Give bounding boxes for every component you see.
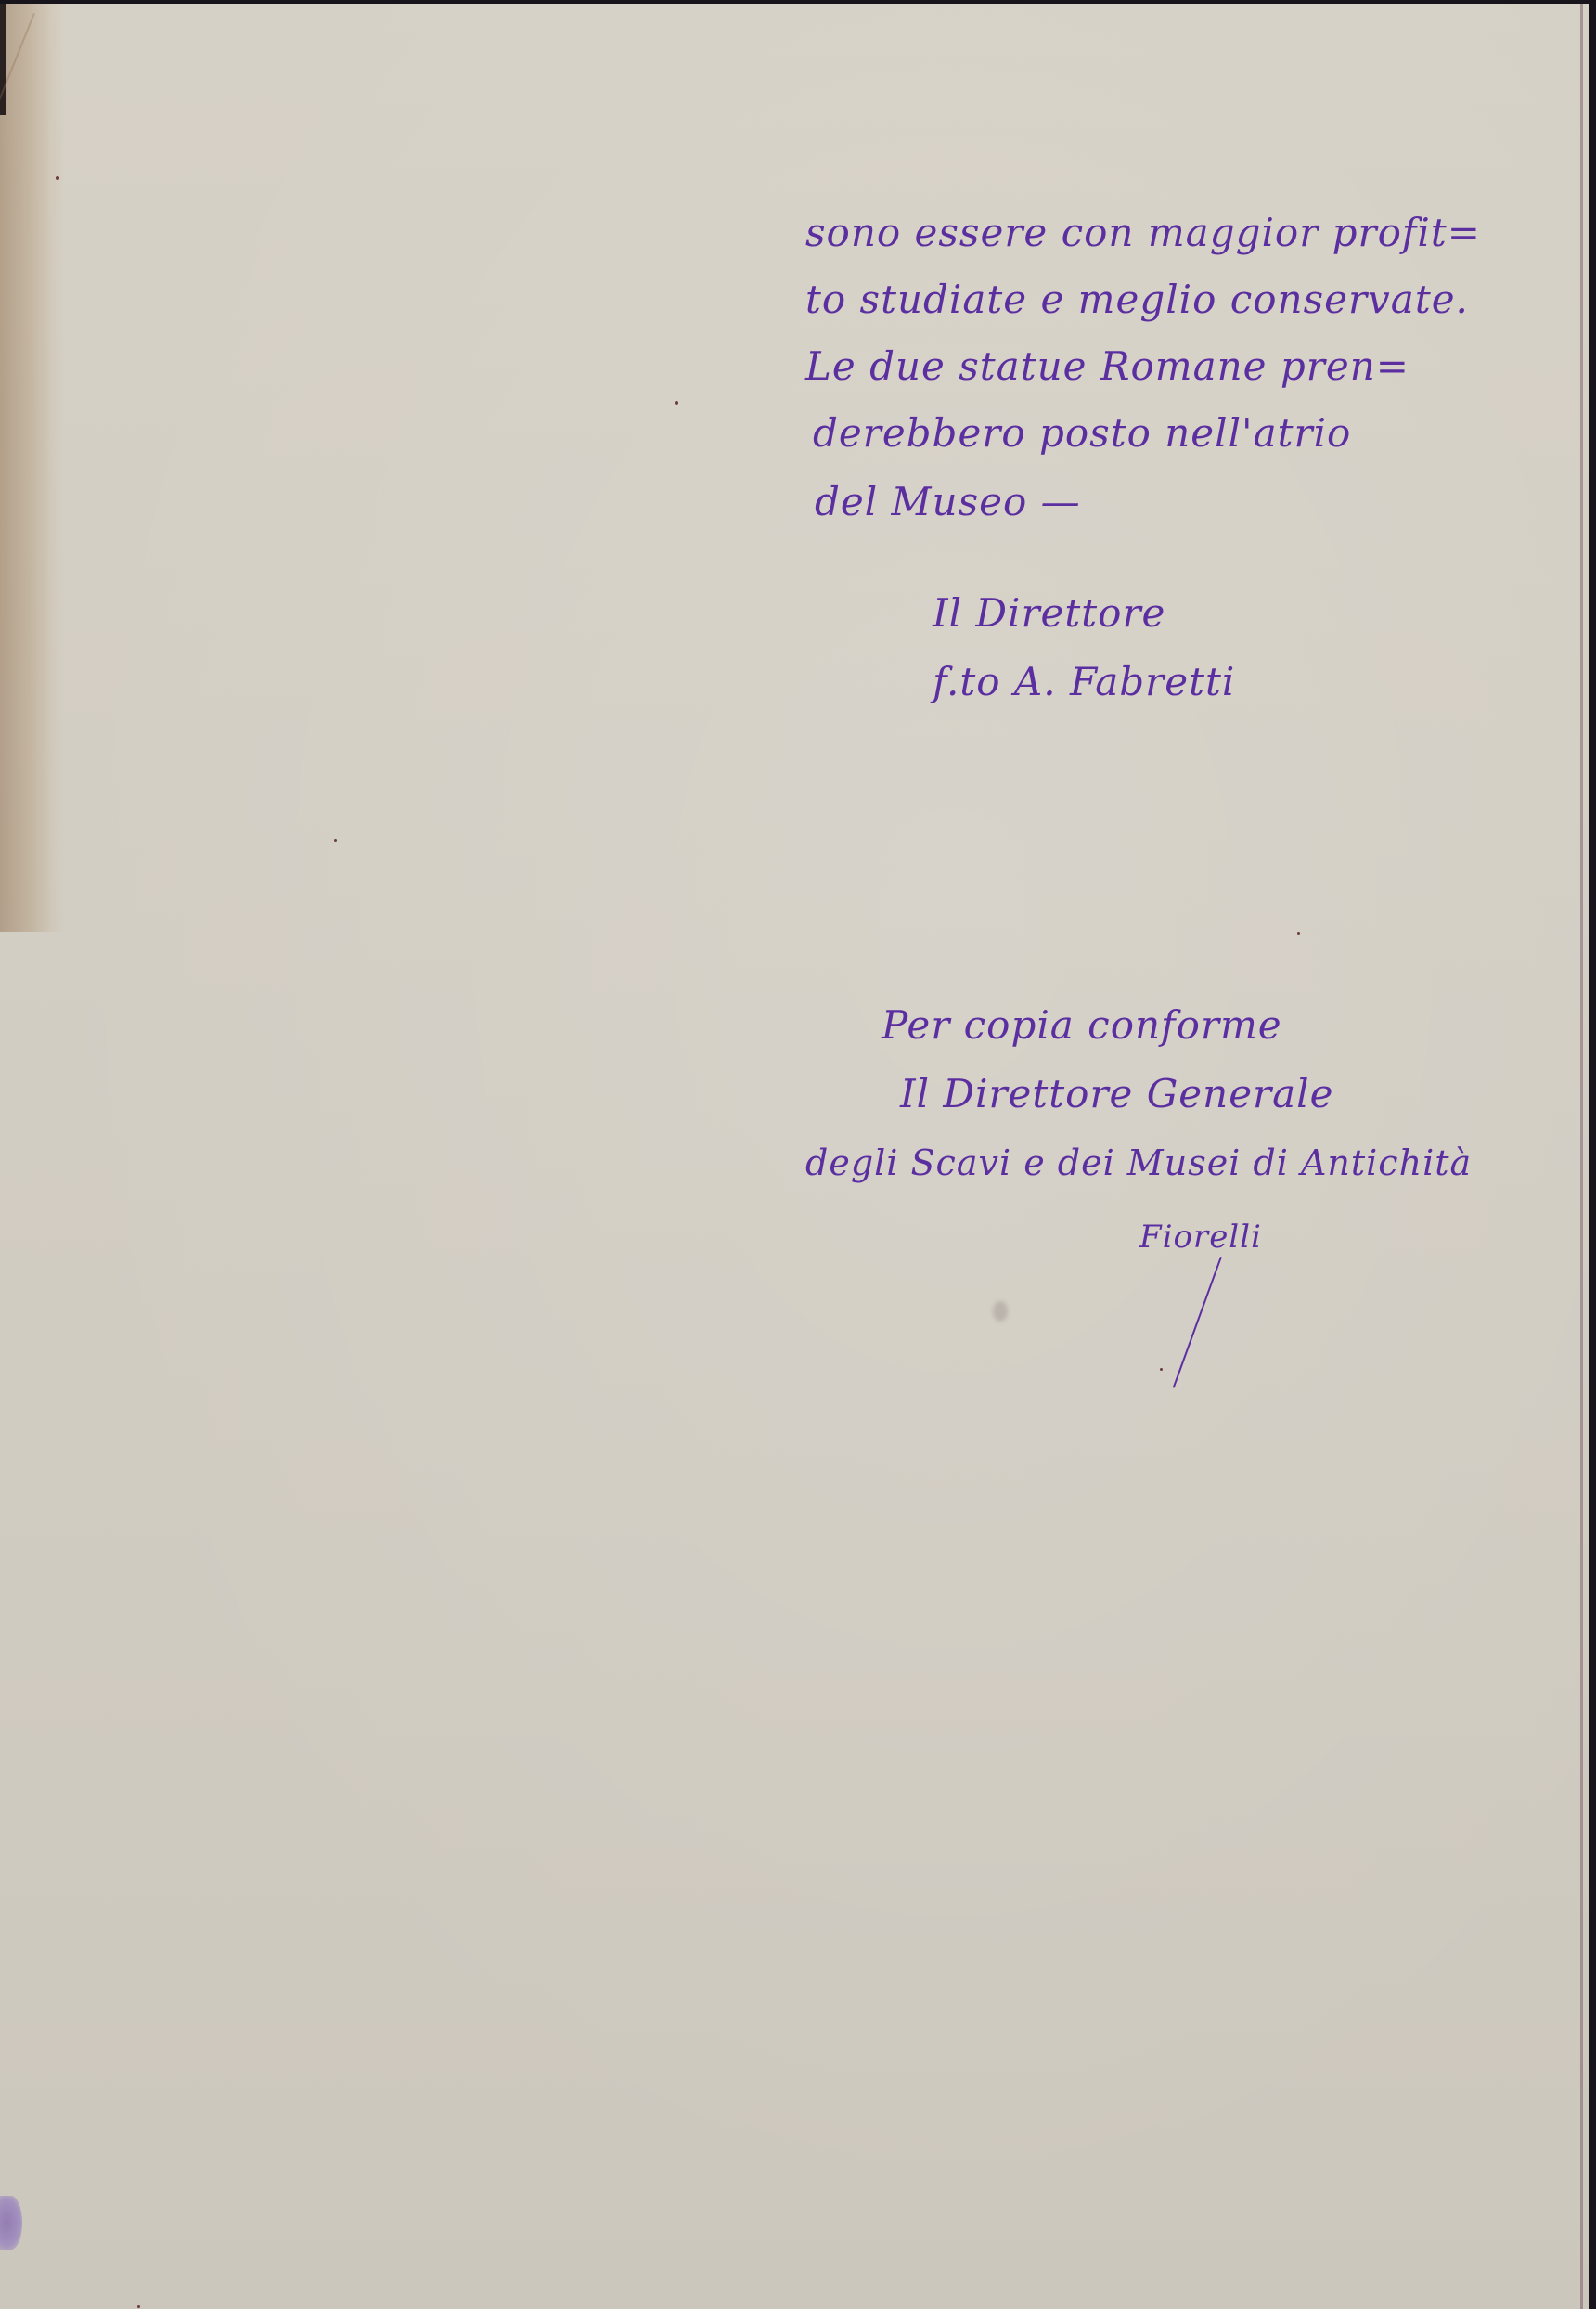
paper-speck	[56, 176, 59, 180]
signature-flourish	[1173, 1257, 1222, 1388]
paper-speck	[675, 401, 678, 405]
paper-speck	[137, 2305, 140, 2308]
certification-line: Il Direttore Generale	[900, 1075, 1333, 1114]
body-line: Le due statue Romane pren=	[805, 347, 1409, 386]
certification-line: degli Scavi e dei Musei di Antichità	[805, 1145, 1472, 1180]
body-line: derebbero posto nell'atrio	[813, 414, 1351, 453]
paper-speck	[1160, 1368, 1163, 1371]
body-line: to studiate e meglio conservate.	[805, 280, 1469, 319]
paper-page: sono essere con maggior profit= to studi…	[0, 4, 1589, 2309]
body-line: sono essere con maggior profit=	[805, 213, 1481, 252]
body-line: del Museo —	[815, 483, 1081, 522]
director-signature: Il Direttore f.to A. Fabretti	[933, 579, 1378, 728]
signature-title: Il Direttore	[933, 594, 1165, 633]
certification-signature: Fiorelli	[1139, 1221, 1262, 1253]
ink-stain	[0, 2196, 22, 2250]
letter-body: sono essere con maggior profit= to studi…	[805, 199, 1566, 551]
binding-stain	[0, 4, 65, 932]
certification-block: Per copia conforme Il Direttore Generale…	[798, 987, 1587, 1359]
signature-name: f.to A. Fabretti	[933, 663, 1235, 702]
paper-speck	[334, 839, 337, 842]
certification-line: Per copia conforme	[882, 1006, 1282, 1045]
paper-speck	[1297, 932, 1300, 935]
